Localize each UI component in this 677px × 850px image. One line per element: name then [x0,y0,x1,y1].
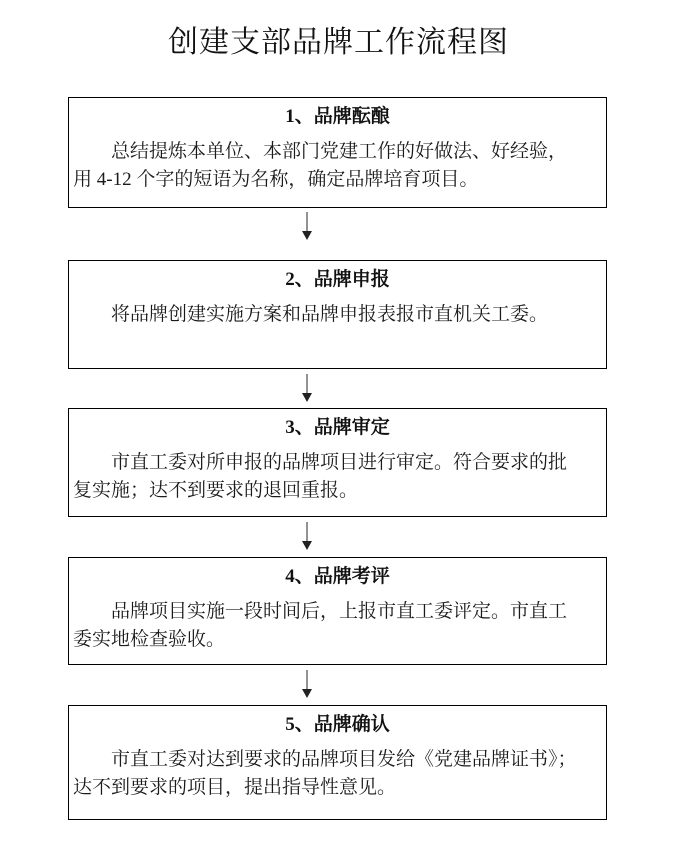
step-box-1: 1、品牌酝酿 总结提炼本单位、本部门党建工作的好做法、好经验，用 4-12 个字… [68,97,607,208]
flowchart-page: 创建支部品牌工作流程图 1、品牌酝酿 总结提炼本单位、本部门党建工作的好做法、好… [0,0,677,850]
step-3-body: 市直工委对所申报的品牌项目进行审定。符合要求的批复实施；达不到要求的退回重报。 [73,449,581,505]
down-arrow-icon [300,212,314,240]
down-arrow-icon [300,670,314,698]
step-2-body: 将品牌创建实施方案和品牌申报表报市直机关工委。 [73,301,581,329]
step-4-body: 品牌项目实施一段时间后，上报市直工委评定。市直工委实地检查验收。 [73,598,581,654]
page-title: 创建支部品牌工作流程图 [0,24,677,62]
step-box-3: 3、品牌审定 市直工委对所申报的品牌项目进行审定。符合要求的批复实施；达不到要求… [68,408,607,517]
step-box-4: 4、品牌考评 品牌项目实施一段时间后，上报市直工委评定。市直工委实地检查验收。 [68,557,607,665]
step-box-2: 2、品牌申报 将品牌创建实施方案和品牌申报表报市直机关工委。 [68,260,607,369]
step-5-body: 市直工委对达到要求的品牌项目发给《党建品牌证书》；达不到要求的项目，提出指导性意… [73,746,592,802]
down-arrow-icon [300,522,314,550]
step-3-heading: 3、品牌审定 [73,417,602,439]
step-4-heading: 4、品牌考评 [73,566,602,588]
step-2-heading: 2、品牌申报 [73,269,602,291]
step-box-5: 5、品牌确认 市直工委对达到要求的品牌项目发给《党建品牌证书》；达不到要求的项目… [68,705,607,820]
down-arrow-icon [300,374,314,402]
step-1-body: 总结提炼本单位、本部门党建工作的好做法、好经验，用 4-12 个字的短语为名称，… [73,138,581,194]
step-5-heading: 5、品牌确认 [73,714,602,736]
step-1-heading: 1、品牌酝酿 [73,106,602,128]
